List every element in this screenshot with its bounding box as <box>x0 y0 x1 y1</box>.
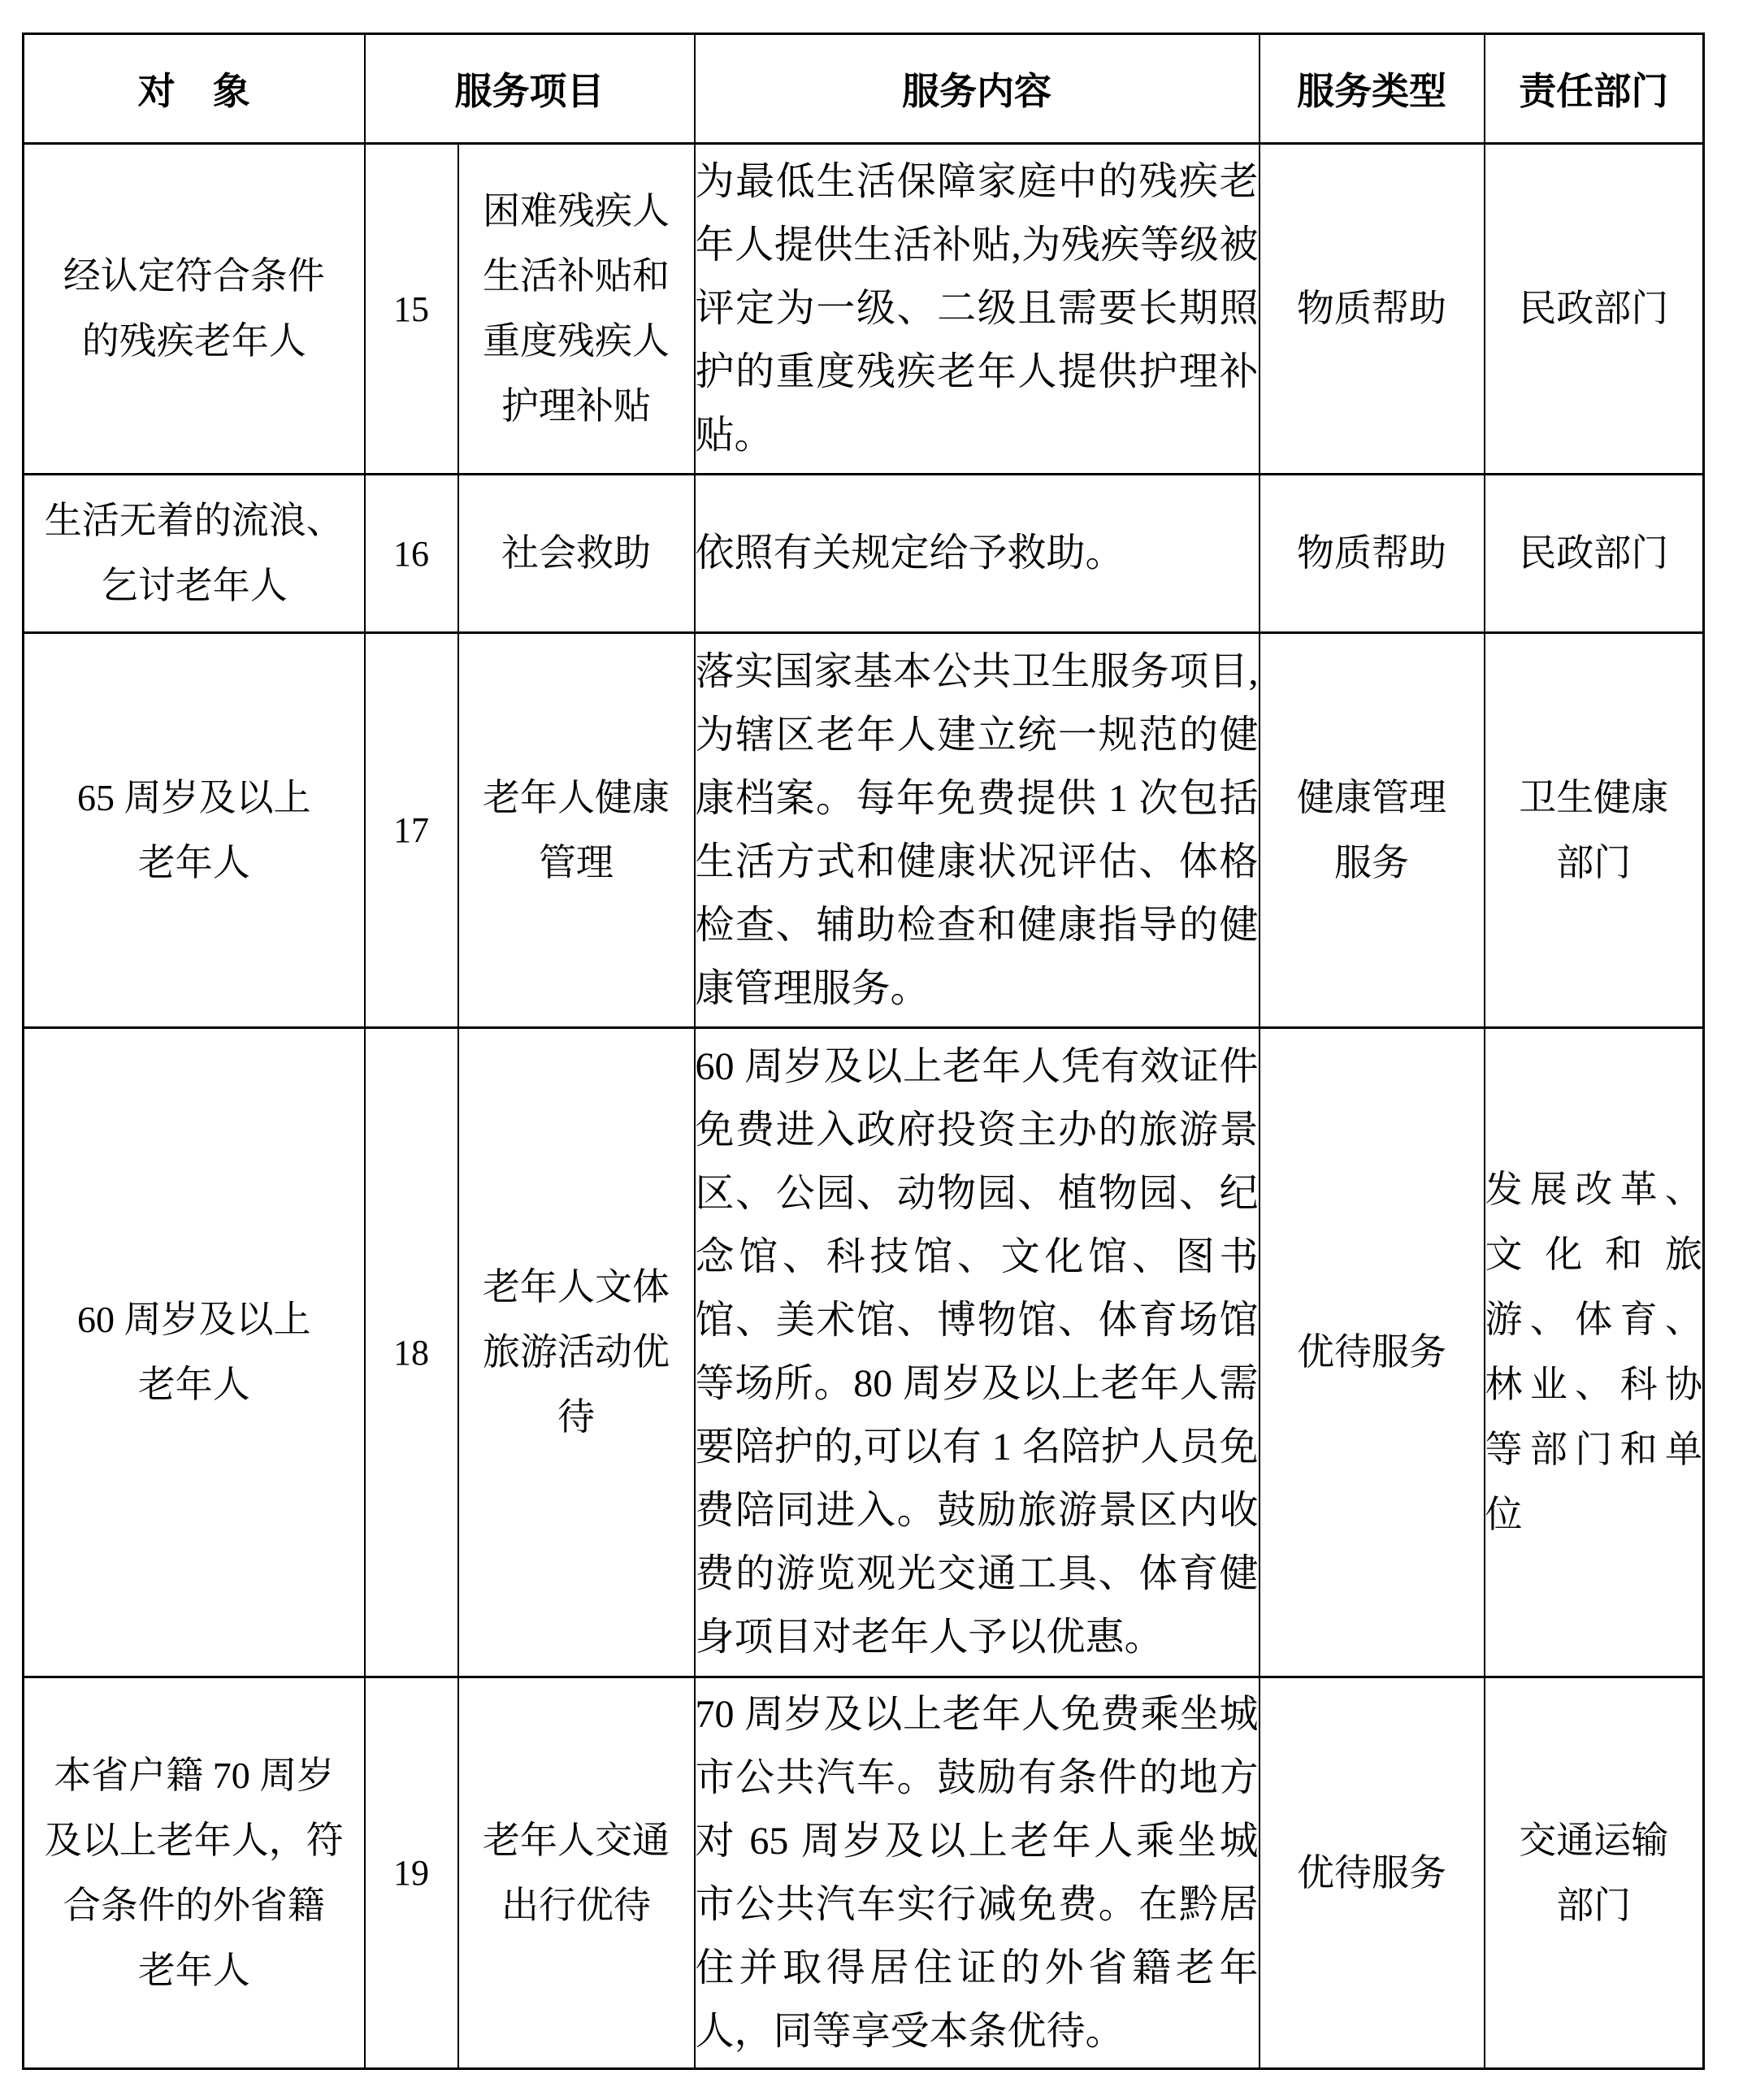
service-type-cell: 优待服务 <box>1260 1677 1485 2069</box>
service-content-cell: 70 周岁及以上老年人免费乘坐城市公共汽车。鼓励有条件的地方对 65 周岁及以上… <box>695 1677 1260 2069</box>
department-cell: 卫生健康 部门 <box>1485 633 1704 1028</box>
number-cell: 18 <box>365 1028 458 1677</box>
header-service-item: 服务项目 <box>365 34 695 144</box>
number-cell: 17 <box>365 633 458 1028</box>
service-item-cell: 社会救助 <box>458 475 695 633</box>
header-department: 责任部门 <box>1485 34 1704 144</box>
number-cell: 16 <box>365 475 458 633</box>
service-content-cell: 为最低生活保障家庭中的残疾老年人提供生活补贴,为残疾等级被评定为一级、二级且需要… <box>695 144 1260 475</box>
header-service-content: 服务内容 <box>695 34 1260 144</box>
target-cell: 本省户籍 70 周岁 及以上老年人，符 合条件的外省籍 老年人 <box>24 1677 365 2069</box>
number-cell: 15 <box>365 144 458 475</box>
service-item-cell: 困难残疾人 生活补贴和 重度残疾人 护理补贴 <box>458 144 695 475</box>
department-cell: 民政部门 <box>1485 144 1704 475</box>
service-item-cell: 老年人交通 出行优待 <box>458 1677 695 2069</box>
target-cell: 经认定符合条件 的残疾老年人 <box>24 144 365 475</box>
target-cell: 60 周岁及以上 老年人 <box>24 1028 365 1677</box>
target-cell: 生活无着的流浪、 乞讨老年人 <box>24 475 365 633</box>
service-item-cell: 老年人健康 管理 <box>458 633 695 1028</box>
service-type-cell: 优待服务 <box>1260 1028 1485 1677</box>
service-content-cell: 依照有关规定给予救助。 <box>695 475 1260 633</box>
table-row-17: 65 周岁及以上 老年人 17 老年人健康 管理 落实国家基本公共卫生服务项目,… <box>24 633 1704 1028</box>
service-type-cell: 物质帮助 <box>1260 475 1485 633</box>
service-content-cell: 60 周岁及以上老年人凭有效证件免费进入政府投资主办的旅游景区、公园、动物园、植… <box>695 1028 1260 1677</box>
service-content-cell: 落实国家基本公共卫生服务项目,为辖区老年人建立统一规范的健康档案。每年免费提供 … <box>695 633 1260 1028</box>
header-row: 对 象 服务项目 服务内容 服务类型 责任部门 <box>24 34 1704 144</box>
department-cell: 发展改革、文化和旅游、体育、林业、科协等部门和单位 <box>1485 1028 1704 1677</box>
service-type-cell: 物质帮助 <box>1260 144 1485 475</box>
table-row-16: 生活无着的流浪、 乞讨老年人 16 社会救助 依照有关规定给予救助。 物质帮助 … <box>24 475 1704 633</box>
table-row-18: 60 周岁及以上 老年人 18 老年人文体 旅游活动优 待 60 周岁及以上老年… <box>24 1028 1704 1677</box>
department-cell: 民政部门 <box>1485 475 1704 633</box>
service-item-cell: 老年人文体 旅游活动优 待 <box>458 1028 695 1677</box>
table-row-15: 经认定符合条件 的残疾老年人 15 困难残疾人 生活补贴和 重度残疾人 护理补贴… <box>24 144 1704 475</box>
table-row-19: 本省户籍 70 周岁 及以上老年人，符 合条件的外省籍 老年人 19 老年人交通… <box>24 1677 1704 2069</box>
target-cell: 65 周岁及以上 老年人 <box>24 633 365 1028</box>
department-cell: 交通运输 部门 <box>1485 1677 1704 2069</box>
header-service-type: 服务类型 <box>1260 34 1485 144</box>
elderly-services-table: 对 象 服务项目 服务内容 服务类型 责任部门 经认定符合条件 的残疾老年人 1… <box>22 33 1705 2070</box>
service-type-cell: 健康管理 服务 <box>1260 633 1485 1028</box>
header-target: 对 象 <box>24 34 365 144</box>
number-cell: 19 <box>365 1677 458 2069</box>
